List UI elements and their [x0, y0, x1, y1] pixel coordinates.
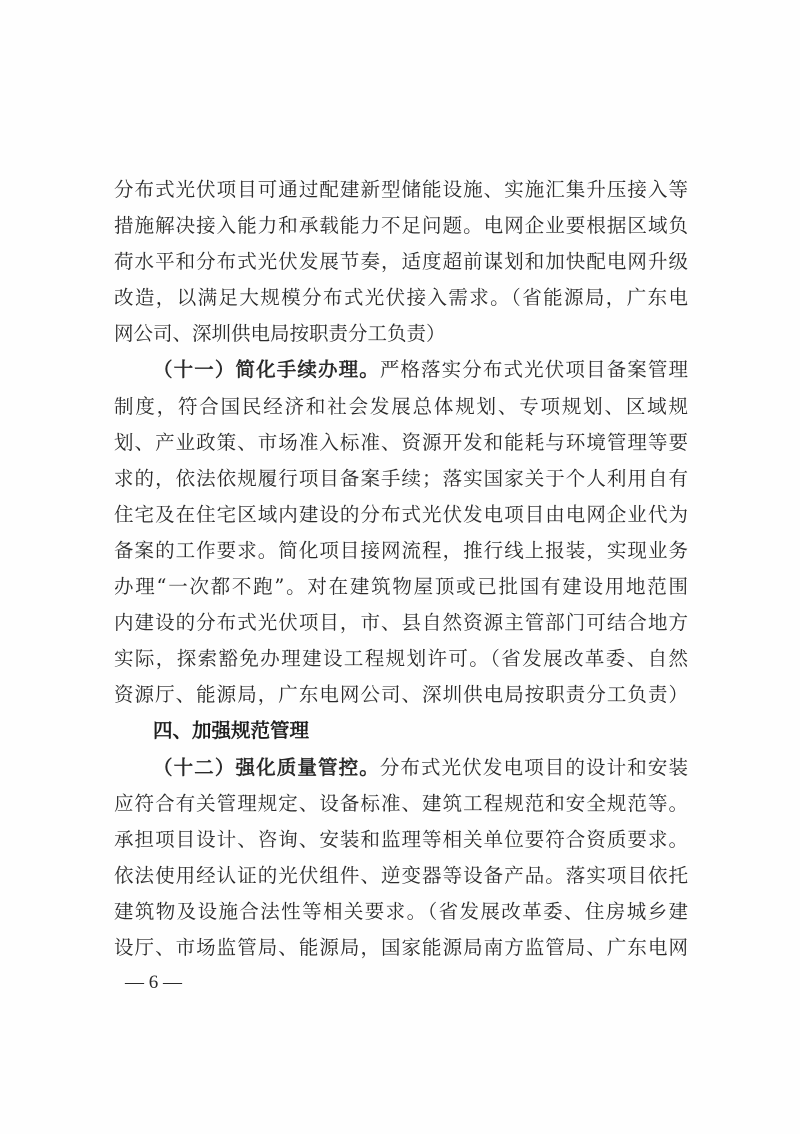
text-line: 备案的工作要求。简化项目接网流程，推行线上报装，实现业务	[114, 533, 688, 569]
text-span: 分布式光伏发电项目的设计和安装	[380, 756, 688, 779]
text-span: 严格落实分布式光伏项目备案管理	[380, 358, 688, 381]
text-line: 住宅及在住宅区域内建设的分布式光伏发电项目由电网企业代为	[114, 497, 688, 533]
text-line: 网公司、深圳供电局按职责分工负责）	[114, 316, 688, 352]
text-line: 求的，依法依规履行项目备案手续；落实国家关于个人利用自有	[114, 461, 688, 497]
text-line: 改造，以满足大规模分布式光伏接入需求。（省能源局，广东电	[114, 280, 688, 316]
section-heading: 四、加强规范管理	[114, 713, 688, 749]
text-line: 实际，探索豁免办理建设工程规划许可。（省发展改革委、自然	[114, 641, 688, 677]
page-number: — 6 —	[125, 972, 182, 994]
body-text: 分布式光伏项目可通过配建新型储能设施、实施汇集升压接入等 措施解决接入能力和承载…	[114, 172, 688, 966]
text-line: 承担项目设计、咨询、安装和监理等相关单位要符合资质要求。	[114, 822, 688, 858]
text-line: 资源厅、能源局，广东电网公司、深圳供电局按职责分工负责）	[114, 677, 688, 713]
text-line: 荷水平和分布式光伏发展节奏，适度超前谋划和加快配电网升级	[114, 244, 688, 280]
text-line: 内建设的分布式光伏项目，市、县自然资源主管部门可结合地方	[114, 605, 688, 641]
text-line: 措施解决接入能力和承载能力不足问题。电网企业要根据区域负	[114, 208, 688, 244]
subsection-line: （十二）强化质量管控。分布式光伏发电项目的设计和安装	[114, 750, 688, 786]
text-line: 制度，符合国民经济和社会发展总体规划、专项规划、区域规	[114, 389, 688, 425]
text-line: 建筑物及设施合法性等相关要求。（省发展改革委、住房城乡建	[114, 894, 688, 930]
subsection-line: （十一）简化手续办理。严格落实分布式光伏项目备案管理	[114, 352, 688, 388]
text-line: 划、产业政策、市场准入标准、资源开发和能耗与环境管理等要	[114, 425, 688, 461]
text-line: 依法使用经认证的光伏组件、逆变器等设备产品。落实项目依托	[114, 858, 688, 894]
text-line: 应符合有关管理规定、设备标准、建筑工程规范和安全规范等。	[114, 786, 688, 822]
text-line: 办理“一次都不跑”。对在建筑物屋顶或已批国有建设用地范围	[114, 569, 688, 605]
text-line: 分布式光伏项目可通过配建新型储能设施、实施汇集升压接入等	[114, 172, 688, 208]
document-page: 分布式光伏项目可通过配建新型储能设施、实施汇集升压接入等 措施解决接入能力和承载…	[0, 0, 800, 1134]
text-line: 设厅、市场监管局、能源局，国家能源局南方监管局、广东电网	[114, 930, 688, 966]
subsection-title: （十二）强化质量管控。	[153, 756, 380, 779]
subsection-title: （十一）简化手续办理。	[153, 358, 380, 381]
